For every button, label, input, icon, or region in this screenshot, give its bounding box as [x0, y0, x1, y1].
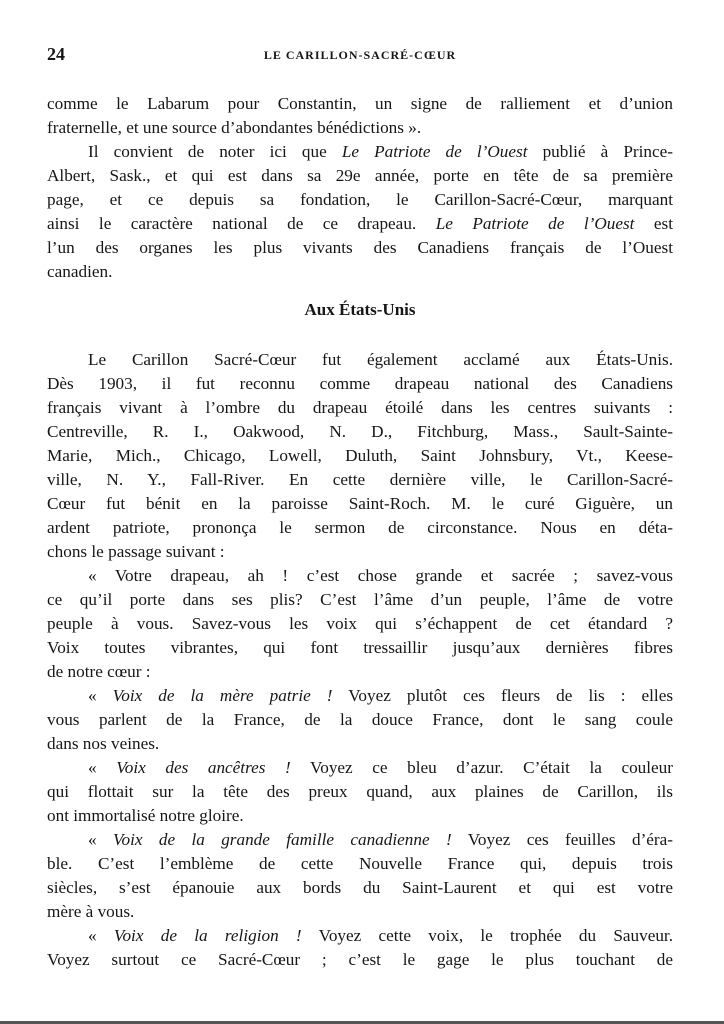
italic-phrase: Voix de la mère patrie !	[113, 686, 333, 705]
quote-line: ble. C’est l’emblème de cette Nouvelle F…	[47, 852, 673, 876]
text-line: comme le Labarum pour Constantin, un sig…	[47, 92, 673, 116]
text-line: fraternelle, et une source d’abondantes …	[47, 116, 673, 140]
quote-line: « Voix de la mère patrie ! Voyez plutôt …	[88, 684, 673, 708]
italic-phrase: Voix de la grande famille canadienne !	[113, 830, 452, 849]
text-line: l’un des organes les plus vivants des Ca…	[47, 236, 673, 260]
quote-line: peuple à vous. Savez-vous les voix qui s…	[47, 612, 673, 636]
quote-line: vous parlent de la France, de la douce F…	[47, 708, 673, 732]
quote-line: mère à vous.	[47, 900, 673, 924]
text-line: Cœur fut bénit en la paroisse Saint-Roch…	[47, 492, 673, 516]
text-line: Il convient de noter ici que Le Patriote…	[88, 140, 673, 164]
running-title: LE CARILLON-SACRÉ-CŒUR	[47, 48, 673, 63]
text-line: français vivant à l’ombre du drapeau éto…	[47, 396, 673, 420]
italic-phrase: Voix des ancêtres !	[116, 758, 291, 777]
text-line: ville, N. Y., Fall-River. En cette derni…	[47, 468, 673, 492]
document-page: 24 LE CARILLON-SACRÉ-CŒUR comme le Labar…	[0, 0, 724, 1024]
text-line: Marie, Mich., Chicago, Lowell, Duluth, S…	[47, 444, 673, 468]
italic-phrase: Voix de la religion !	[114, 926, 302, 945]
text-line: page, et ce depuis sa fondation, le Cari…	[47, 188, 673, 212]
text-line: Albert, Sask., et qui est dans sa 29e an…	[47, 164, 673, 188]
quote-line: dans nos veines.	[47, 732, 673, 756]
quote-line: Voix toutes vibrantes, qui font tressail…	[47, 636, 673, 660]
text-line: Le Carillon Sacré-Cœur fut également acc…	[88, 348, 673, 372]
quote-line: Voyez surtout ce Sacré-Cœur ; c’est le g…	[47, 948, 673, 972]
quote-line: « Voix de la grande famille canadienne !…	[88, 828, 673, 852]
quote-line: « Voix des ancêtres ! Voyez ce bleu d’az…	[88, 756, 673, 780]
text-line: Dès 1903, il fut reconnu comme drapeau n…	[47, 372, 673, 396]
quote-line: qui flottait sur la tête des preux quand…	[47, 780, 673, 804]
section-heading: Aux États-Unis	[47, 298, 673, 322]
page-header: 24 LE CARILLON-SACRÉ-CŒUR	[47, 44, 673, 68]
text-line: chons le passage suivant :	[47, 540, 673, 564]
quote-line: ont immortalisé notre gloire.	[47, 804, 673, 828]
text-line: canadien.	[47, 260, 673, 284]
quote-line: de notre cœur :	[47, 660, 673, 684]
italic-title: Le Patriote de l’Ouest	[436, 214, 635, 233]
quote-line: « Votre drapeau, ah ! c’est chose grande…	[88, 564, 673, 588]
quote-line: ce qu’il porte dans ses plis? C’est l’âm…	[47, 588, 673, 612]
text-line: Centreville, R. I., Oakwood, N. D., Fitc…	[47, 420, 673, 444]
text-line: ainsi le caractère national de ce drapea…	[47, 212, 673, 236]
italic-title: Le Patriote de l’Ouest	[342, 142, 528, 161]
quote-line: siècles, s’est épanouie aux bords du Sai…	[47, 876, 673, 900]
quote-line: « Voix de la religion ! Voyez cette voix…	[88, 924, 673, 948]
text-line: ardent patriote, prononça le sermon de c…	[47, 516, 673, 540]
